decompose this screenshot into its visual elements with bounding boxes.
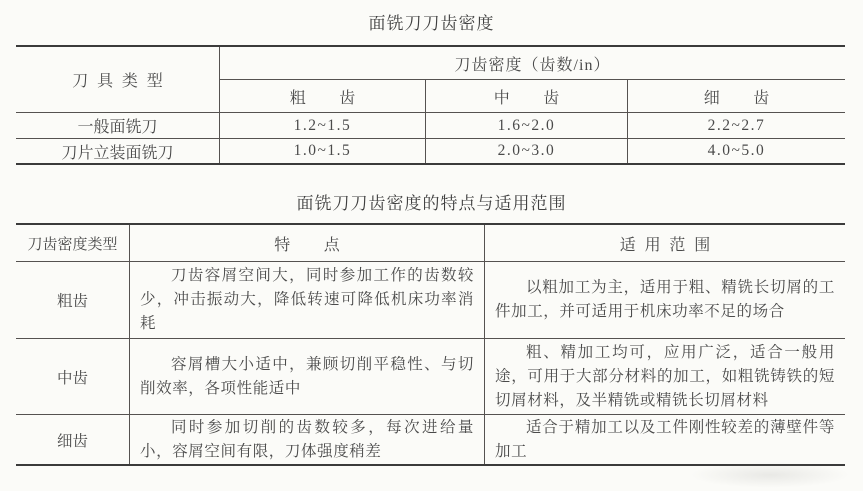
table1-row0-fine: 2.2~2.7 bbox=[627, 113, 845, 139]
table2-row1-type: 中齿 bbox=[16, 339, 130, 415]
table2-header-features: 特点 bbox=[130, 225, 484, 262]
table1-row0-tool: 一般面铣刀 bbox=[16, 113, 220, 139]
table2-row1-features: 容屑槽大小适中，兼顾切削平稳性、与切削效率，各项性能适中 bbox=[130, 339, 484, 415]
table1-row1-tool: 刀片立装面铣刀 bbox=[16, 139, 220, 163]
table1-header-tool-type-label: 刀具类型 bbox=[72, 68, 171, 91]
table2-row2-scope: 适合于精加工以及工件刚性较差的薄壁件等加工 bbox=[484, 415, 845, 464]
table1-header-density-group: 刀齿密度（齿数/in） bbox=[220, 47, 845, 80]
table1-subheader-fine-label: 细齿 bbox=[704, 85, 803, 108]
table2-header-scope: 适用范围 bbox=[484, 225, 845, 262]
table2-row1-features-text: 容屑槽大小适中，兼顾切削平稳性、与切削效率，各项性能适中 bbox=[140, 353, 474, 401]
table1-row1-fine: 4.0~5.0 bbox=[627, 139, 845, 163]
table1-row1-coarse: 1.0~1.5 bbox=[220, 139, 425, 163]
table2-row1-scope: 粗、精加工均可，应用广泛，适合一般用途，可用于大部分材料的加工，如粗铣铸铁的短切… bbox=[484, 339, 845, 415]
table1-row0-tool-label: 一般面铣刀 bbox=[77, 114, 157, 137]
table1-subheader-coarse-label: 粗齿 bbox=[290, 85, 389, 108]
table1-subheader-fine: 细齿 bbox=[627, 80, 845, 113]
table1-row0-medium: 1.6~2.0 bbox=[425, 113, 627, 139]
table1-title: 面铣刀刀齿密度 bbox=[0, 9, 863, 34]
table2-header-density-type: 刀齿密度类型 bbox=[16, 225, 130, 262]
table2-row1-scope-text: 粗、精加工均可，应用广泛，适合一般用途，可用于大部分材料的加工，如粗铣铸铁的短切… bbox=[495, 341, 835, 413]
table2-row0-features-text: 刀齿容屑空间大，同时参加工作的齿数较少，冲击振动大，降低转速可降低机床功率消耗 bbox=[140, 264, 474, 336]
table1-subheader-coarse: 粗齿 bbox=[220, 80, 425, 113]
table2-title: 面铣刀刀齿密度的特点与适用范围 bbox=[0, 189, 863, 214]
table2: 刀齿密度类型 特点 适用范围 粗齿 刀齿容屑空间大，同时参加工作的齿数较少，冲击… bbox=[16, 223, 845, 466]
table1-subheader-medium: 中齿 bbox=[425, 80, 627, 113]
table2-row0-scope: 以粗加工为主，适用于粗、精铣长切屑的工件加工，并可适用于机床功率不足的场合 bbox=[484, 262, 845, 339]
table1-header-density-group-label: 刀齿密度（齿数/in） bbox=[455, 52, 611, 75]
table2-row2-scope-text: 适合于精加工以及工件刚性较差的薄壁件等加工 bbox=[495, 416, 835, 464]
table2-row2-features: 同时参加切削的齿数较多，每次进给量小，容屑空间有限，刀体强度稍差 bbox=[130, 415, 484, 464]
table2-row0-type: 粗齿 bbox=[16, 262, 130, 339]
table1-row1-tool-label: 刀片立装面铣刀 bbox=[61, 140, 173, 163]
table1-header-tool-type: 刀具类型 bbox=[16, 47, 220, 113]
table2-row0-features: 刀齿容屑空间大，同时参加工作的齿数较少，冲击振动大，降低转速可降低机床功率消耗 bbox=[130, 262, 484, 339]
table2-header-features-label: 特点 bbox=[274, 232, 373, 255]
table1: 刀具类型 刀齿密度（齿数/in） 粗齿 中齿 细齿 一般面铣刀 1.2~1.5 … bbox=[16, 45, 845, 165]
table2-row2-type: 细齿 bbox=[16, 415, 130, 464]
table2-row0-scope-text: 以粗加工为主，适用于粗、精铣长切屑的工件加工，并可适用于机床功率不足的场合 bbox=[495, 276, 835, 324]
table2-row2-features-text: 同时参加切削的齿数较多，每次进给量小，容屑空间有限，刀体强度稍差 bbox=[140, 416, 474, 464]
table2-header-scope-label: 适用范围 bbox=[620, 232, 719, 255]
table1-row1-medium: 2.0~3.0 bbox=[425, 139, 627, 163]
table1-row0-coarse: 1.2~1.5 bbox=[220, 113, 425, 139]
table1-subheader-medium-label: 中齿 bbox=[494, 85, 593, 108]
